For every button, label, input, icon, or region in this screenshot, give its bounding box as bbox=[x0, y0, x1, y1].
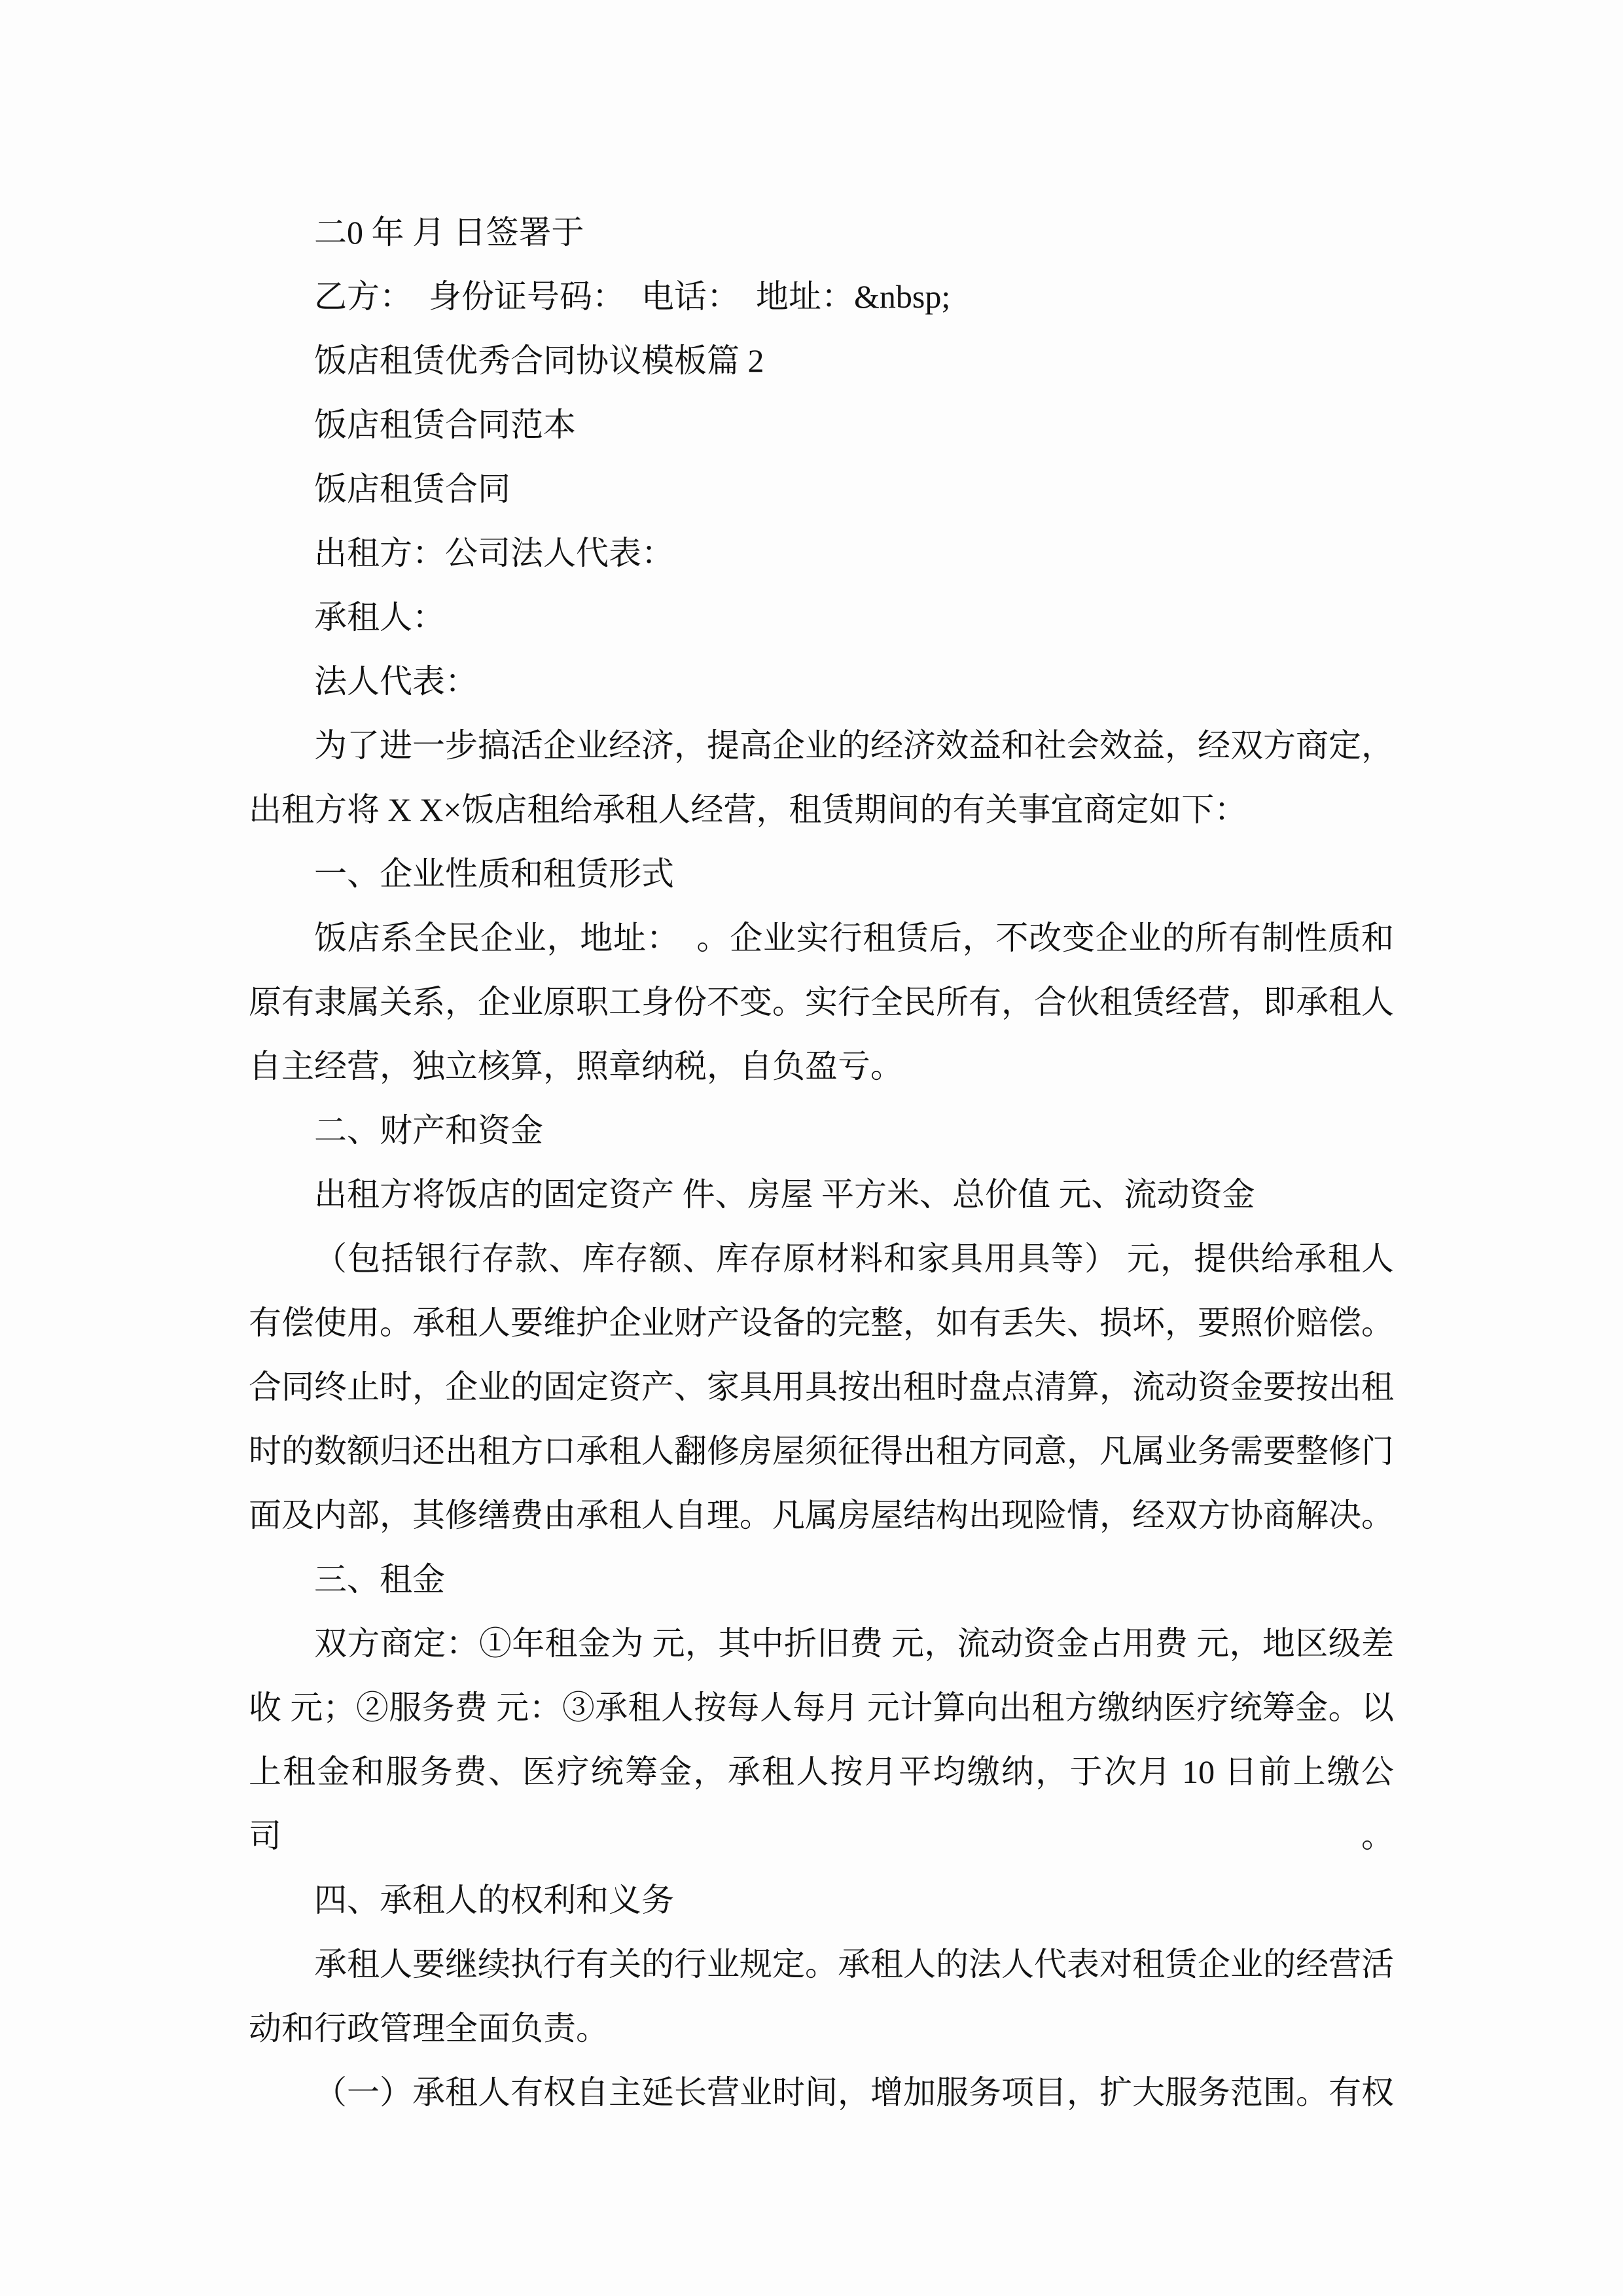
text-line: 双方商定：①年租金为 元，其中折旧费 元，流动资金占用费 元，地区级差 bbox=[249, 1611, 1394, 1676]
text-line: 动和行政管理全面负责。 bbox=[249, 1996, 1394, 2060]
text-line: 出租方将饭店的固定资产 件、房屋 平方米、总价值 元、流动资金 bbox=[249, 1162, 1394, 1227]
text-line: 出租方：公司法人代表： bbox=[249, 521, 1394, 585]
text-line: 面及内部，其修缮费由承租人自理。凡属房屋结构出现险情，经双方协商解决。 bbox=[249, 1483, 1394, 1547]
text-line: 承租人： bbox=[249, 585, 1394, 649]
text-line: 乙方： 身份证号码： 电话： 地址：&nbsp; bbox=[249, 264, 1394, 329]
text-line: 合同终止时，企业的固定资产、家具用具按出租时盘点清算，流动资金要按出租 bbox=[249, 1355, 1394, 1419]
text-line: 原有隶属关系，企业原职工身份不变。实行全民所有，合伙租赁经营，即承租人 bbox=[249, 970, 1394, 1034]
text-line: 饭店租赁合同 bbox=[249, 457, 1394, 521]
text-line: 出租方将 X X×饭店租给承租人经营，租赁期间的有关事宜商定如下： bbox=[249, 778, 1394, 842]
text-line: 时的数额归还出租方口承租人翻修房屋须征得出租方同意，凡属业务需要整修门 bbox=[249, 1419, 1394, 1483]
text-line: 二0 年 月 日签署于 bbox=[249, 200, 1394, 264]
text-line: 上租金和服务费、医疗统筹金，承租人按月平均缴纳，于次月 10 日前上缴公司。 bbox=[249, 1740, 1394, 1868]
text-line: （一）承租人有权自主延长营业时间，增加服务项目，扩大服务范围。有权 bbox=[249, 2060, 1394, 2125]
text-line: 四、承租人的权利和义务 bbox=[249, 1868, 1394, 1932]
text-line: 饭店租赁合同范本 bbox=[249, 393, 1394, 457]
text-line: 一、企业性质和租赁形式 bbox=[249, 842, 1394, 906]
text-line: 自主经营，独立核算，照章纳税，自负盈亏。 bbox=[249, 1034, 1394, 1098]
text-line: 饭店系全民企业，地址： 。企业实行租赁后，不改变企业的所有制性质和 bbox=[249, 906, 1394, 970]
text-line: 收 元；②服务费 元：③承租人按每人每月 元计算向出租方缴纳医疗统筹金。以 bbox=[249, 1676, 1394, 1740]
contract-text-block: 二0 年 月 日签署于乙方： 身份证号码： 电话： 地址：&nbsp;饭店租赁优… bbox=[249, 200, 1394, 2125]
text-line: 有偿使用。承租人要维护企业财产设备的完整，如有丢失、损坏，要照价赔偿。 bbox=[249, 1291, 1394, 1355]
text-line: 为了进一步搞活企业经济，提高企业的经济效益和社会效益，经双方商定， bbox=[249, 713, 1394, 778]
document-page: 二0 年 月 日签署于乙方： 身份证号码： 电话： 地址：&nbsp;饭店租赁优… bbox=[0, 0, 1623, 2296]
text-line: （包括银行存款、库存额、库存原材料和家具用具等） 元，提供给承租人 bbox=[249, 1227, 1394, 1291]
text-line: 饭店租赁优秀合同协议模板篇 2 bbox=[249, 329, 1394, 393]
text-line: 承租人要继续执行有关的行业规定。承租人的法人代表对租赁企业的经营活 bbox=[249, 1932, 1394, 1996]
text-line: 法人代表： bbox=[249, 649, 1394, 713]
text-line: 三、租金 bbox=[249, 1547, 1394, 1611]
text-line: 二、财产和资金 bbox=[249, 1098, 1394, 1162]
